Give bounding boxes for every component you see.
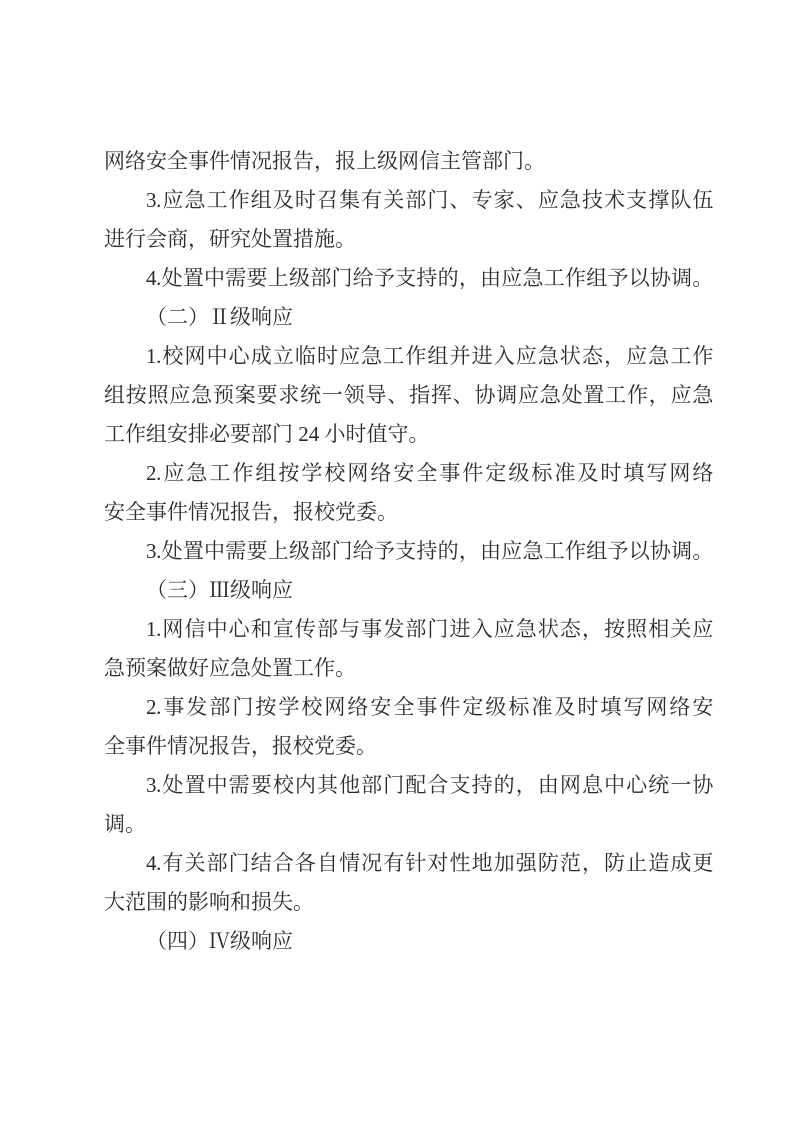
numbered-item: 3.处置中需要校内其他部门配合支持的，由网息中心统一协调。 bbox=[104, 766, 713, 844]
text-line: 1.网信中心和宣传部与事发部门进入应急状态，按照相关应 bbox=[104, 610, 713, 649]
text-line: 组按照应急预案要求统一领导、指挥、协调应急处置工作，应急 bbox=[104, 376, 713, 415]
text-line: 4.处置中需要上级部门给予支持的，由应急工作组予以协调。 bbox=[104, 259, 713, 298]
text-line: 进行会商，研究处置措施。 bbox=[104, 220, 713, 259]
text-line: 大范围的影响和损失。 bbox=[104, 883, 713, 922]
numbered-item: 4.处置中需要上级部门给予支持的，由应急工作组予以协调。 bbox=[104, 259, 713, 298]
text-line: 1.校网中心成立临时应急工作组并进入应急状态，应急工作 bbox=[104, 337, 713, 376]
text-line: （四）Ⅳ级响应 bbox=[104, 922, 713, 961]
document-page: 网络安全事件情况报告，报上级网信主管部门。3.应急工作组及时召集有关部门、专家、… bbox=[0, 0, 793, 1122]
text-line: 3.处置中需要校内其他部门配合支持的，由网息中心统一协 bbox=[104, 766, 713, 805]
section-heading: （二）Ⅱ级响应 bbox=[104, 298, 713, 337]
text-line: 调。 bbox=[104, 805, 713, 844]
paragraph-continuation: 网络安全事件情况报告，报上级网信主管部门。 bbox=[104, 142, 713, 181]
numbered-item: 1.校网中心成立临时应急工作组并进入应急状态，应急工作组按照应急预案要求统一领导… bbox=[104, 337, 713, 454]
numbered-item: 3.处置中需要上级部门给予支持的，由应急工作组予以协调。 bbox=[104, 532, 713, 571]
text-line: 工作组安排必要部门 24 小时值守。 bbox=[104, 415, 713, 454]
section-heading: （四）Ⅳ级响应 bbox=[104, 922, 713, 961]
numbered-item: 2.事发部门按学校网络安全事件定级标准及时填写网络安全事件情况报告，报校党委。 bbox=[104, 688, 713, 766]
text-line: 4.有关部门结合各自情况有针对性地加强防范，防止造成更 bbox=[104, 844, 713, 883]
text-line: 3.应急工作组及时召集有关部门、专家、应急技术支撑队伍 bbox=[104, 181, 713, 220]
document-text-block: 网络安全事件情况报告，报上级网信主管部门。3.应急工作组及时召集有关部门、专家、… bbox=[104, 142, 713, 961]
numbered-item: 2.应急工作组按学校网络安全事件定级标准及时填写网络安全事件情况报告，报校党委。 bbox=[104, 454, 713, 532]
text-line: 安全事件情况报告，报校党委。 bbox=[104, 493, 713, 532]
text-line: 急预案做好应急处置工作。 bbox=[104, 649, 713, 688]
text-line: （三）Ⅲ级响应 bbox=[104, 571, 713, 610]
text-line: 3.处置中需要上级部门给予支持的，由应急工作组予以协调。 bbox=[104, 532, 713, 571]
numbered-item: 3.应急工作组及时召集有关部门、专家、应急技术支撑队伍进行会商，研究处置措施。 bbox=[104, 181, 713, 259]
text-line: 网络安全事件情况报告，报上级网信主管部门。 bbox=[104, 142, 713, 181]
text-line: 2.事发部门按学校网络安全事件定级标准及时填写网络安 bbox=[104, 688, 713, 727]
text-line: （二）Ⅱ级响应 bbox=[104, 298, 713, 337]
text-line: 2.应急工作组按学校网络安全事件定级标准及时填写网络 bbox=[104, 454, 713, 493]
numbered-item: 1.网信中心和宣传部与事发部门进入应急状态，按照相关应急预案做好应急处置工作。 bbox=[104, 610, 713, 688]
section-heading: （三）Ⅲ级响应 bbox=[104, 571, 713, 610]
text-line: 全事件情况报告，报校党委。 bbox=[104, 727, 713, 766]
numbered-item: 4.有关部门结合各自情况有针对性地加强防范，防止造成更大范围的影响和损失。 bbox=[104, 844, 713, 922]
